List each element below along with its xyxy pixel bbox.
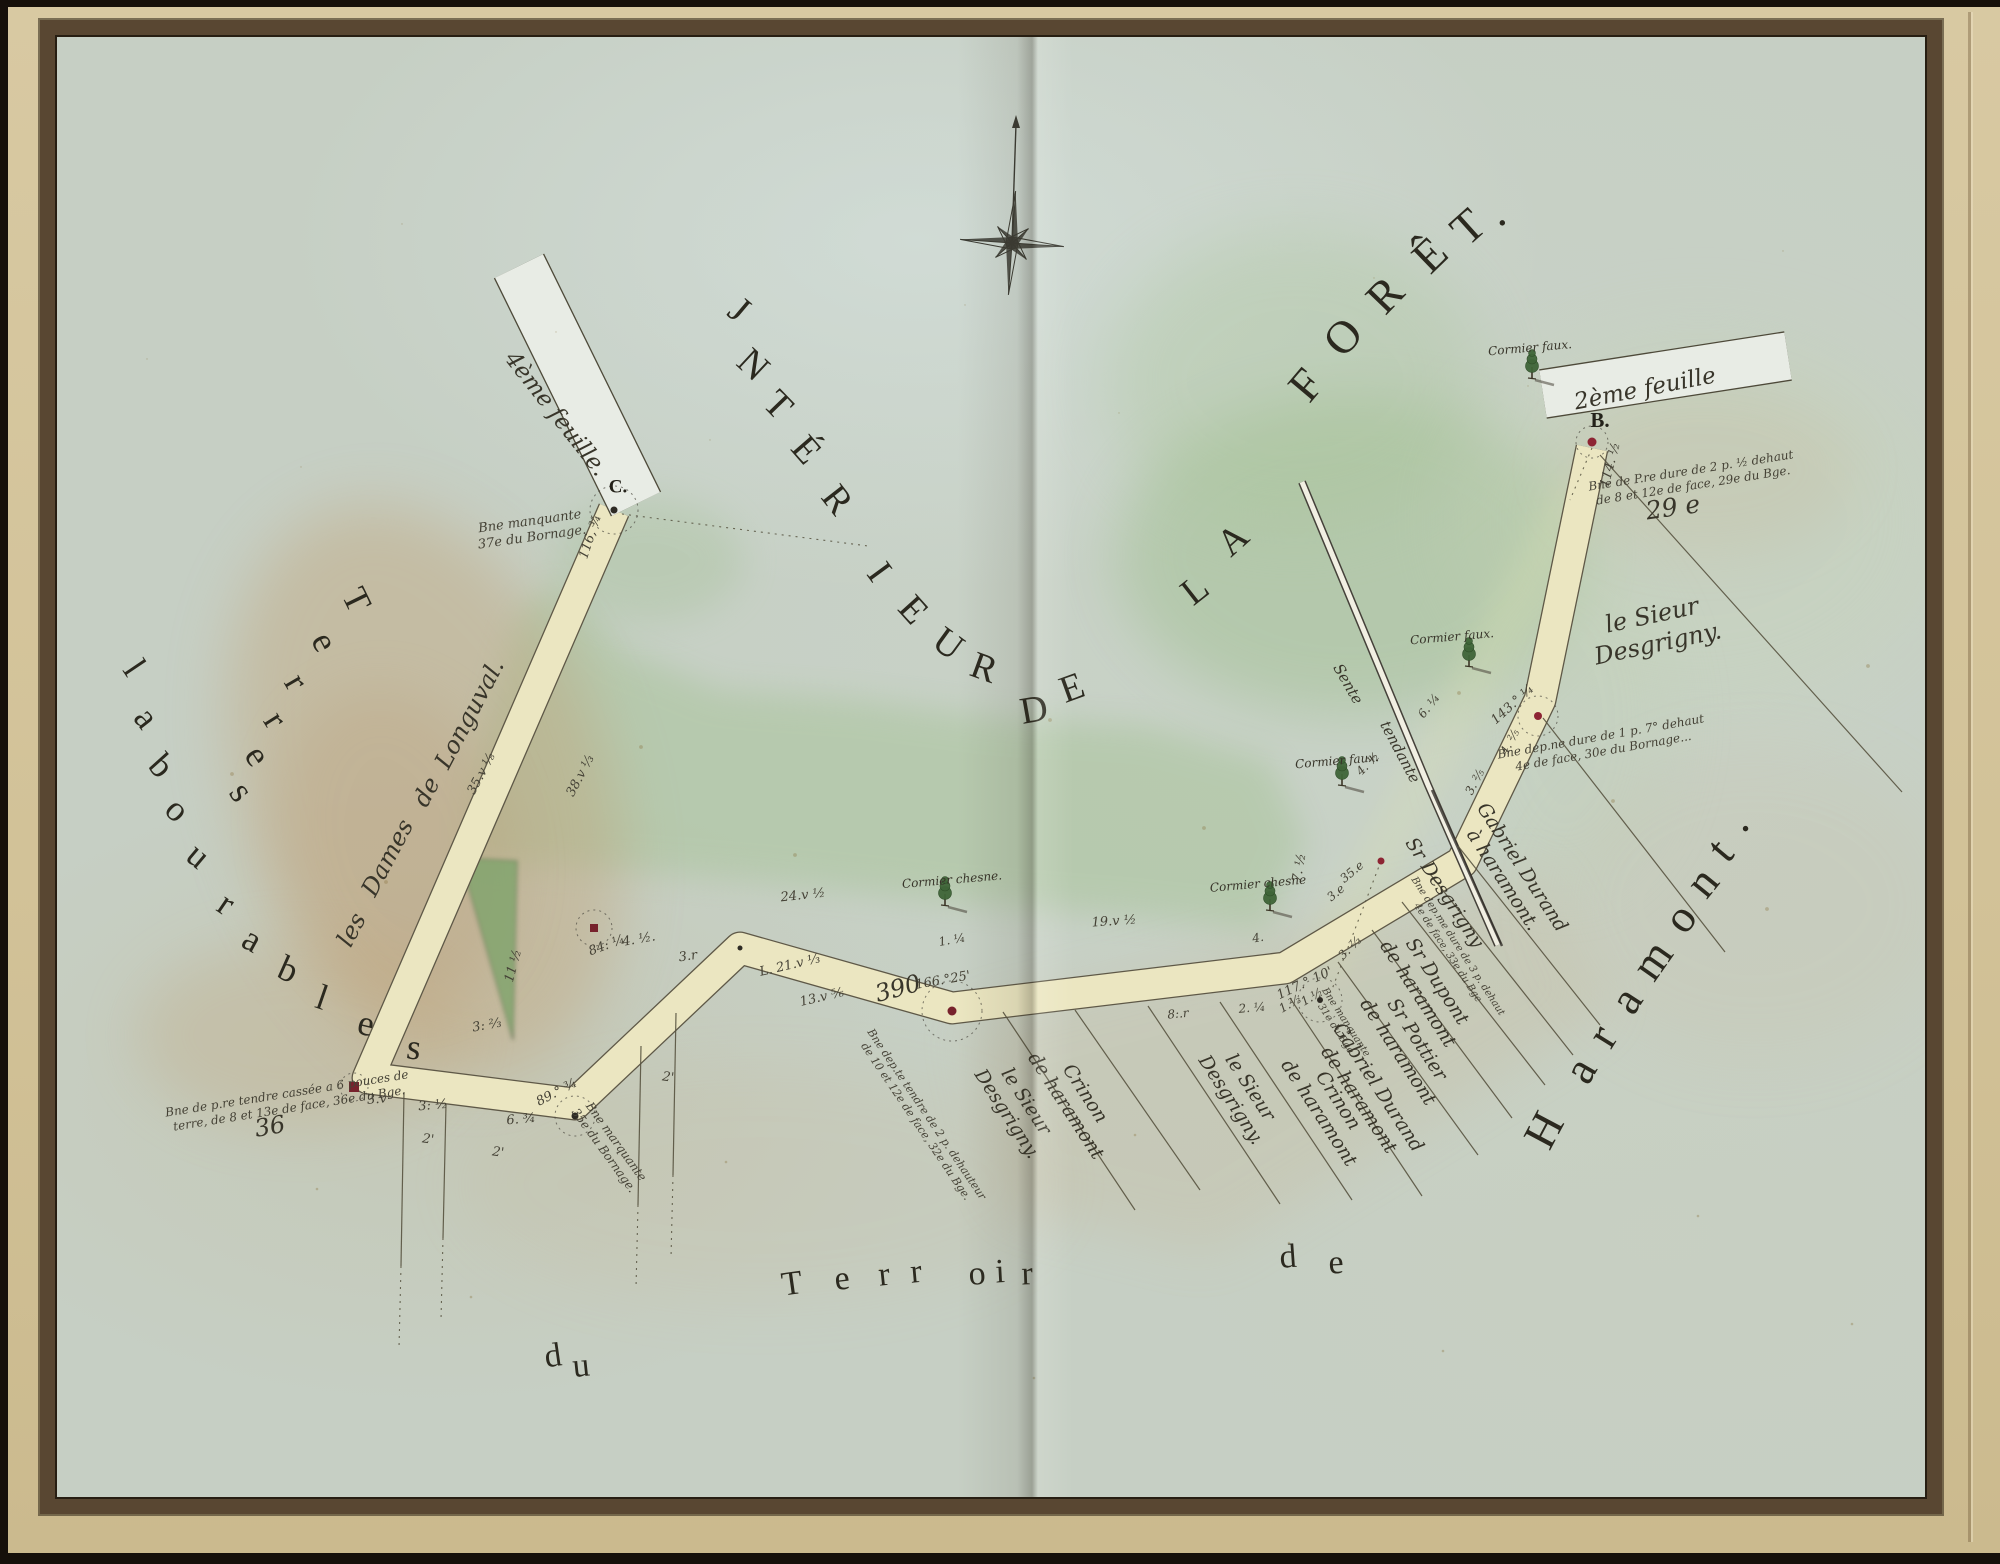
borne-marker bbox=[611, 507, 618, 514]
borne-marker bbox=[738, 946, 743, 951]
measure: 3.r bbox=[678, 948, 699, 966]
map-paper: JNTÉRIEURDELAFORÊT.TerreslabourablesduTe… bbox=[57, 37, 1925, 1497]
measure: 2' bbox=[661, 1069, 675, 1086]
borne-marker bbox=[1588, 438, 1597, 447]
title-letter-de2: d bbox=[1278, 1236, 1298, 1279]
borne-marker bbox=[590, 924, 598, 932]
measure: 19.v ½ bbox=[1091, 913, 1137, 932]
map-drawing bbox=[57, 37, 1925, 1497]
point-c-label: C. bbox=[609, 475, 627, 498]
borne-marker bbox=[1378, 858, 1385, 865]
measure: 2' bbox=[491, 1144, 505, 1161]
measure: 3: ½ bbox=[418, 1097, 449, 1115]
page-edge-crease bbox=[1968, 12, 1971, 1542]
title-letter-terroir: r bbox=[1021, 1253, 1034, 1295]
measure: 2' bbox=[421, 1131, 435, 1148]
borne-marker bbox=[1534, 712, 1542, 720]
point-b-label: B. bbox=[1590, 408, 1609, 434]
parcel-number-36: 36 bbox=[252, 1110, 287, 1144]
borne-marker bbox=[948, 1007, 957, 1016]
measure: 8:.r bbox=[1167, 1006, 1189, 1022]
map-page: JNTÉRIEURDELAFORÊT.TerreslabourablesduTe… bbox=[0, 0, 2000, 1564]
title-letter-de2: e bbox=[1327, 1242, 1344, 1284]
compass-rose bbox=[960, 115, 1064, 295]
measure: 2. ¼ bbox=[1238, 1000, 1266, 1017]
measure: 6. ¾ bbox=[506, 1111, 536, 1129]
measure: 4. bbox=[1251, 930, 1265, 946]
title-letter-terroir: o bbox=[967, 1253, 987, 1296]
